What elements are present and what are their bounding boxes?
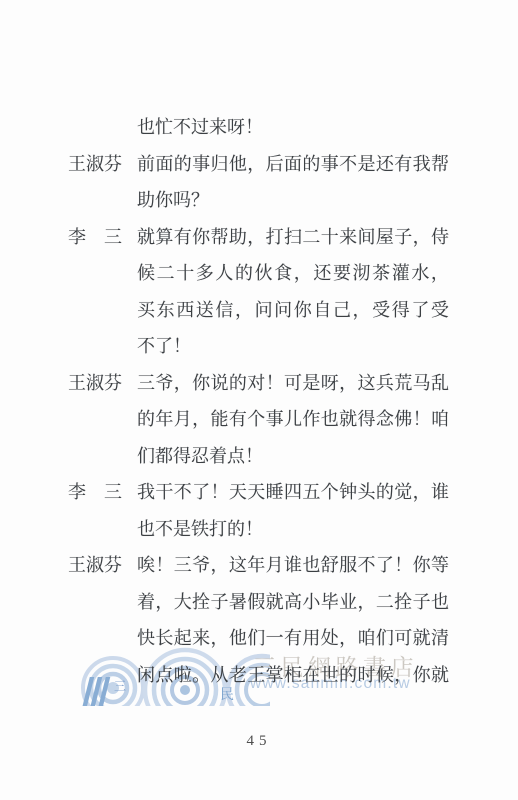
dialogue-char: 你: [192, 228, 210, 246]
dialogue-char: ，: [211, 629, 229, 647]
dialogue-char: ，: [192, 410, 210, 428]
dialogue-text: 闲点啦。从老王掌柜在世的时候，你就: [137, 666, 449, 684]
dialogue-char: 大: [174, 593, 192, 611]
dialogue-text: 着，大拴子暑假就高小毕业，二拴子也: [137, 593, 449, 611]
dialogue-char: 也: [302, 556, 320, 574]
dialogue-char: 后: [266, 155, 284, 173]
script-line: 也忙不过来呀！: [68, 109, 468, 146]
dialogue-char: 了: [376, 556, 394, 574]
dialogue-char: 们: [376, 629, 394, 647]
dialogue-char: 用: [302, 629, 320, 647]
dialogue-char: 啦: [174, 666, 192, 684]
dialogue-char: 受: [372, 301, 390, 319]
dialogue-char: 的: [339, 666, 357, 684]
dialogue-text: 买东西送信，问问你自己，受得了受: [137, 301, 449, 319]
dialogue-char: 闲: [137, 666, 155, 684]
dialogue-char: 问: [274, 301, 292, 319]
dialogue-char: 人: [215, 264, 233, 282]
dialogue-char: 作: [302, 410, 320, 428]
script-line: 候二十多人的伙食，还要沏茶灌水，: [68, 255, 468, 292]
dialogue-char: 点: [155, 666, 173, 684]
dialogue-char: 处: [321, 629, 339, 647]
dialogue-char: 不: [137, 337, 155, 355]
dialogue-char: 还: [313, 264, 331, 282]
dialogue-char: 可: [394, 629, 412, 647]
dialogue-char: 天: [229, 483, 247, 501]
dialogue-char: 屋: [376, 228, 394, 246]
dialogue-char: 忙: [155, 118, 173, 136]
dialogue-char: 水: [411, 264, 429, 282]
dialogue-char: ，: [174, 374, 192, 392]
dialogue-char: 钟: [339, 483, 357, 501]
speaker-name: 李三: [68, 483, 122, 501]
dialogue-text: 也不是铁打的！: [137, 520, 449, 538]
dialogue-char: 子: [413, 593, 431, 611]
script-line: 李三就算有你帮助，打扫二十来间屋子，侍: [68, 219, 468, 256]
dialogue-text: 前面的事归他，后面的事不是还有我帮: [137, 155, 449, 173]
dialogue-char: 假: [247, 593, 265, 611]
dialogue-char: ！: [394, 556, 412, 574]
dialogue-char: 扫: [284, 228, 302, 246]
dialogue-char: 这: [229, 556, 247, 574]
dialogue-char: 助: [137, 191, 155, 209]
dialogue-char: ，: [413, 483, 431, 501]
dialogue-char: 舒: [321, 556, 339, 574]
dialogue-char: 着: [209, 447, 227, 465]
dialogue-char: ！: [155, 556, 173, 574]
dialogue-char: 问: [255, 301, 273, 319]
dialogue-char: 还: [376, 155, 394, 173]
dialogue-char: 了: [411, 301, 429, 319]
dialogue-char: 算: [155, 228, 173, 246]
dialogue-char: 来: [209, 118, 227, 136]
dialogue-char: 佛: [394, 410, 412, 428]
dialogue-char: ，: [247, 155, 265, 173]
dialogue-char: 快: [137, 629, 155, 647]
dialogue-char: 也: [137, 118, 155, 136]
speaker-char: 王: [68, 374, 86, 392]
dialogue-char: 长: [155, 629, 173, 647]
dialogue-char: 可: [284, 374, 302, 392]
dialogue-char: 的: [137, 410, 155, 428]
speaker-char: 王: [68, 155, 86, 173]
speaker-char: 芬: [104, 374, 122, 392]
dialogue-char: 我: [413, 155, 431, 173]
dialogue-char: 十: [321, 228, 339, 246]
dialogue-char: 毕: [321, 593, 339, 611]
dialogue-char: 三: [137, 374, 155, 392]
dialogue-char: 灌: [392, 264, 410, 282]
dialogue-char: 就: [431, 666, 449, 684]
dialogue-text: 候二十多人的伙食，还要沏茶灌水，: [137, 264, 449, 282]
dialogue-char: ，: [358, 593, 376, 611]
dialogue-char: 你: [413, 556, 431, 574]
dialogue-char: 伙: [255, 264, 273, 282]
speaker-name: 王淑芬: [68, 556, 122, 574]
dialogue-char: 事: [192, 155, 210, 173]
dialogue-char: 能: [211, 410, 229, 428]
dialogue-char: 有: [394, 155, 412, 173]
dialogue-char: 爷: [192, 556, 210, 574]
dialogue-char: 子: [211, 593, 229, 611]
dialogue-char: 谁: [431, 483, 449, 501]
dialogue-text: 唉！三爷，这年月谁也舒服不了！你等: [137, 556, 449, 574]
dialogue-char: ，: [339, 629, 357, 647]
dialogue-char: 是: [358, 155, 376, 173]
script-line: 李三我干不了！天天睡四五个钟头的觉，谁: [68, 474, 468, 511]
dialogue-char: 兵: [376, 374, 394, 392]
speaker-char: 三: [104, 483, 122, 501]
dialogue-char: ，: [294, 264, 312, 282]
speaker-char: 李: [68, 483, 86, 501]
dialogue-char: 间: [358, 228, 376, 246]
dialogue-char: 不: [155, 520, 173, 538]
dialogue-char: 马: [413, 374, 431, 392]
script-line: 的年月，能有个事儿作也就得念佛！咱: [68, 401, 468, 438]
dialogue-char: ，: [155, 593, 173, 611]
dialogue-char: 年: [247, 556, 265, 574]
dialogue-char: 荒: [394, 374, 412, 392]
dialogue-char: ！: [245, 520, 263, 538]
dialogue-char: ，: [211, 556, 229, 574]
dialogue-char: ，: [235, 301, 253, 319]
dialogue-text: 三爷，你说的对！可是呀，这兵荒马乱: [137, 374, 449, 392]
dialogue-char: 暑: [229, 593, 247, 611]
dialogue-char: 面: [284, 155, 302, 173]
dialogue-char: 买: [137, 301, 155, 319]
dialogue-text: 也忙不过来呀！: [137, 118, 449, 136]
dialogue-char: 的: [235, 264, 253, 282]
dialogue-char: 的: [229, 374, 247, 392]
speaker-char: 三: [104, 228, 122, 246]
dialogue-char: ！: [266, 374, 284, 392]
dialogue-char: 儿: [284, 410, 302, 428]
dialogue-char: 月: [174, 410, 192, 428]
dialogue-char: ？: [191, 191, 209, 209]
speaker-name: 王淑芬: [68, 374, 122, 392]
dialogue-char: 清: [431, 629, 449, 647]
dialogue-char: 对: [247, 374, 265, 392]
dialogue-text: 助你吗？: [137, 191, 449, 209]
dialogue-text: 们都得忍着点！: [137, 447, 449, 465]
dialogue-char: 过: [191, 118, 209, 136]
dialogue-char: 归: [211, 155, 229, 173]
dialogue-char: 前: [137, 155, 155, 173]
dialogue-char: ！: [245, 447, 263, 465]
dialogue-char: 呀: [321, 374, 339, 392]
dialogue-char: 是: [302, 374, 320, 392]
dialogue-char: 有: [284, 629, 302, 647]
dialogue-char: 助: [229, 228, 247, 246]
dialogue-char: 侍: [431, 228, 449, 246]
dialogue-char: 二: [302, 228, 320, 246]
dialogue-char: 不: [339, 155, 357, 173]
script-line: 王淑芬唉！三爷，这年月谁也舒服不了！你等: [68, 547, 468, 584]
dialogue-char: 受: [431, 301, 449, 319]
speaker-char: 淑: [86, 374, 104, 392]
dialogue-char: 来: [339, 228, 357, 246]
dialogue-char: 小: [302, 593, 320, 611]
script-line: 着，大拴子暑假就高小毕业，二拴子也: [68, 584, 468, 621]
dialogue-char: 咱: [358, 629, 376, 647]
script-line: 也不是铁打的！: [68, 511, 468, 548]
dialogue-char: 们: [137, 447, 155, 465]
dialogue-char: 了: [192, 483, 210, 501]
dialogue-char: 事: [321, 155, 339, 173]
dialogue-char: 西: [176, 301, 194, 319]
script-line: 快长起来，他们一有用处，咱们可就清: [68, 620, 468, 657]
dialogue-char: 来: [192, 629, 210, 647]
dialogue-char: 帮: [431, 155, 449, 173]
dialogue-char: 得: [173, 447, 191, 465]
book-page: 三 民 三民網路書店 www.sanmin.com.tw 也忙不过来呀！王淑芬前…: [0, 0, 518, 800]
dialogue-char: 一: [266, 629, 284, 647]
dialogue-char: 就: [266, 593, 284, 611]
script-line: 助你吗？: [68, 182, 468, 219]
speaker-char: 芬: [104, 556, 122, 574]
dialogue-char: 睡: [266, 483, 284, 501]
dialogue-char: 信: [215, 301, 233, 319]
dialogue-char: 不: [358, 556, 376, 574]
dialogue-char: ，: [339, 374, 357, 392]
dialogue-char: 着: [137, 593, 155, 611]
dialogue-char: 得: [392, 301, 410, 319]
dialogue-char: 呀: [227, 118, 245, 136]
dialogue-char: 说: [211, 374, 229, 392]
dialogue-char: 老: [229, 666, 247, 684]
script-line: 不了！: [68, 328, 468, 365]
dialogue-char: 得: [358, 410, 376, 428]
dialogue-char: 爷: [155, 374, 173, 392]
script-line: 们都得忍着点！: [68, 438, 468, 475]
dialogue-char: 在: [302, 666, 320, 684]
dialogue-char: 十: [176, 264, 194, 282]
dialogue-char: 干: [155, 483, 173, 501]
dialogue-char: 二: [376, 593, 394, 611]
dialogue-char: ，: [394, 666, 412, 684]
dialogue-char: 也: [321, 410, 339, 428]
speaker-char: 芬: [104, 155, 122, 173]
dialogue-char: 谁: [284, 556, 302, 574]
dialogue-char: 王: [247, 666, 265, 684]
dialogue-char: 拴: [394, 593, 412, 611]
dialogue-char: 他: [229, 629, 247, 647]
dialogue-char: 候: [137, 264, 155, 282]
speaker-name: 李三: [68, 228, 122, 246]
dialogue-char: 念: [376, 410, 394, 428]
dialogue-char: 掌: [266, 666, 284, 684]
dialogue-char: 二: [157, 264, 175, 282]
dialogue-char: 头: [358, 483, 376, 501]
dialogue-char: 柜: [284, 666, 302, 684]
dialogue-char: 吗: [173, 191, 191, 209]
dialogue-char: 的: [174, 155, 192, 173]
dialogue-char: 三: [174, 556, 192, 574]
dialogue-char: 的: [376, 483, 394, 501]
script-text-block: 也忙不过来呀！王淑芬前面的事归他，后面的事不是还有我帮助你吗？李三就算有你帮助，…: [68, 109, 468, 693]
dialogue-char: 四: [284, 483, 302, 501]
speaker-char: 王: [68, 556, 86, 574]
dialogue-char: ，: [431, 264, 449, 282]
dialogue-char: 东: [157, 301, 175, 319]
dialogue-char: 帮: [211, 228, 229, 246]
dialogue-char: 不: [174, 483, 192, 501]
dialogue-char: 的: [227, 520, 245, 538]
dialogue-char: 个: [321, 483, 339, 501]
dialogue-char: 是: [173, 520, 191, 538]
dialogue-char: ！: [245, 118, 263, 136]
dialogue-char: 有: [229, 410, 247, 428]
dialogue-text: 不了！: [137, 337, 449, 355]
dialogue-char: 沏: [353, 264, 371, 282]
dialogue-char: 觉: [394, 483, 412, 501]
dialogue-char: 咱: [431, 410, 449, 428]
dialogue-char: 高: [284, 593, 302, 611]
dialogue-char: 要: [333, 264, 351, 282]
dialogue-char: 自: [313, 301, 331, 319]
dialogue-char: ，: [353, 301, 371, 319]
dialogue-char: 就: [413, 629, 431, 647]
dialogue-char: 了: [155, 337, 173, 355]
dialogue-char: 也: [431, 593, 449, 611]
dialogue-char: 己: [333, 301, 351, 319]
dialogue-char: 不: [173, 118, 191, 136]
dialogue-char: 面: [155, 155, 173, 173]
dialogue-char: 五: [302, 483, 320, 501]
dialogue-char: 从: [211, 666, 229, 684]
dialogue-char: 年: [155, 410, 173, 428]
dialogue-char: 打: [266, 228, 284, 246]
dialogue-char: 业: [339, 593, 357, 611]
dialogue-char: 你: [192, 374, 210, 392]
dialogue-char: 们: [247, 629, 265, 647]
script-line: 王淑芬前面的事归他，后面的事不是还有我帮: [68, 146, 468, 183]
dialogue-char: 等: [431, 556, 449, 574]
page-number: 45: [0, 733, 518, 750]
dialogue-char: 我: [137, 483, 155, 501]
dialogue-text: 就算有你帮助，打扫二十来间屋子，侍: [137, 228, 449, 246]
dialogue-char: 服: [339, 556, 357, 574]
dialogue-char: 候: [376, 666, 394, 684]
dialogue-char: 点: [227, 447, 245, 465]
dialogue-char: 送: [196, 301, 214, 319]
dialogue-char: 。: [192, 666, 210, 684]
dialogue-char: 乱: [431, 374, 449, 392]
dialogue-char: 食: [274, 264, 292, 282]
dialogue-char: 多: [196, 264, 214, 282]
dialogue-char: 你: [155, 191, 173, 209]
script-line: 王淑芬三爷，你说的对！可是呀，这兵荒马乱: [68, 365, 468, 402]
dialogue-char: 也: [137, 520, 155, 538]
dialogue-char: 他: [229, 155, 247, 173]
dialogue-char: 就: [137, 228, 155, 246]
dialogue-char: ，: [413, 228, 431, 246]
dialogue-char: ！: [413, 410, 431, 428]
dialogue-char: 你: [294, 301, 312, 319]
dialogue-char: 月: [266, 556, 284, 574]
script-line: 买东西送信，问问你自己，受得了受: [68, 292, 468, 329]
dialogue-char: 打: [209, 520, 227, 538]
dialogue-char: 忍: [191, 447, 209, 465]
dialogue-char: 都: [155, 447, 173, 465]
dialogue-char: 这: [358, 374, 376, 392]
dialogue-char: 事: [266, 410, 284, 428]
speaker-char: 淑: [86, 556, 104, 574]
dialogue-char: 的: [302, 155, 320, 173]
speaker-char: 淑: [86, 155, 104, 173]
dialogue-text: 快长起来，他们一有用处，咱们可就清: [137, 629, 449, 647]
dialogue-char: 你: [413, 666, 431, 684]
dialogue-char: ，: [247, 228, 265, 246]
dialogue-char: 起: [174, 629, 192, 647]
dialogue-char: 就: [339, 410, 357, 428]
dialogue-text: 的年月，能有个事儿作也就得念佛！咱: [137, 410, 449, 428]
dialogue-char: 世: [321, 666, 339, 684]
dialogue-char: 天: [247, 483, 265, 501]
dialogue-char: 时: [358, 666, 376, 684]
dialogue-char: 有: [174, 228, 192, 246]
dialogue-char: 铁: [191, 520, 209, 538]
dialogue-char: 唉: [137, 556, 155, 574]
dialogue-char: 子: [394, 228, 412, 246]
dialogue-char: ！: [173, 337, 191, 355]
speaker-char: 李: [68, 228, 86, 246]
script-line: 闲点啦。从老王掌柜在世的时候，你就: [68, 657, 468, 694]
dialogue-char: 个: [247, 410, 265, 428]
dialogue-char: 茶: [372, 264, 390, 282]
dialogue-char: ！: [211, 483, 229, 501]
dialogue-char: 拴: [192, 593, 210, 611]
dialogue-text: 我干不了！天天睡四五个钟头的觉，谁: [137, 483, 449, 501]
speaker-name: 王淑芬: [68, 155, 122, 173]
